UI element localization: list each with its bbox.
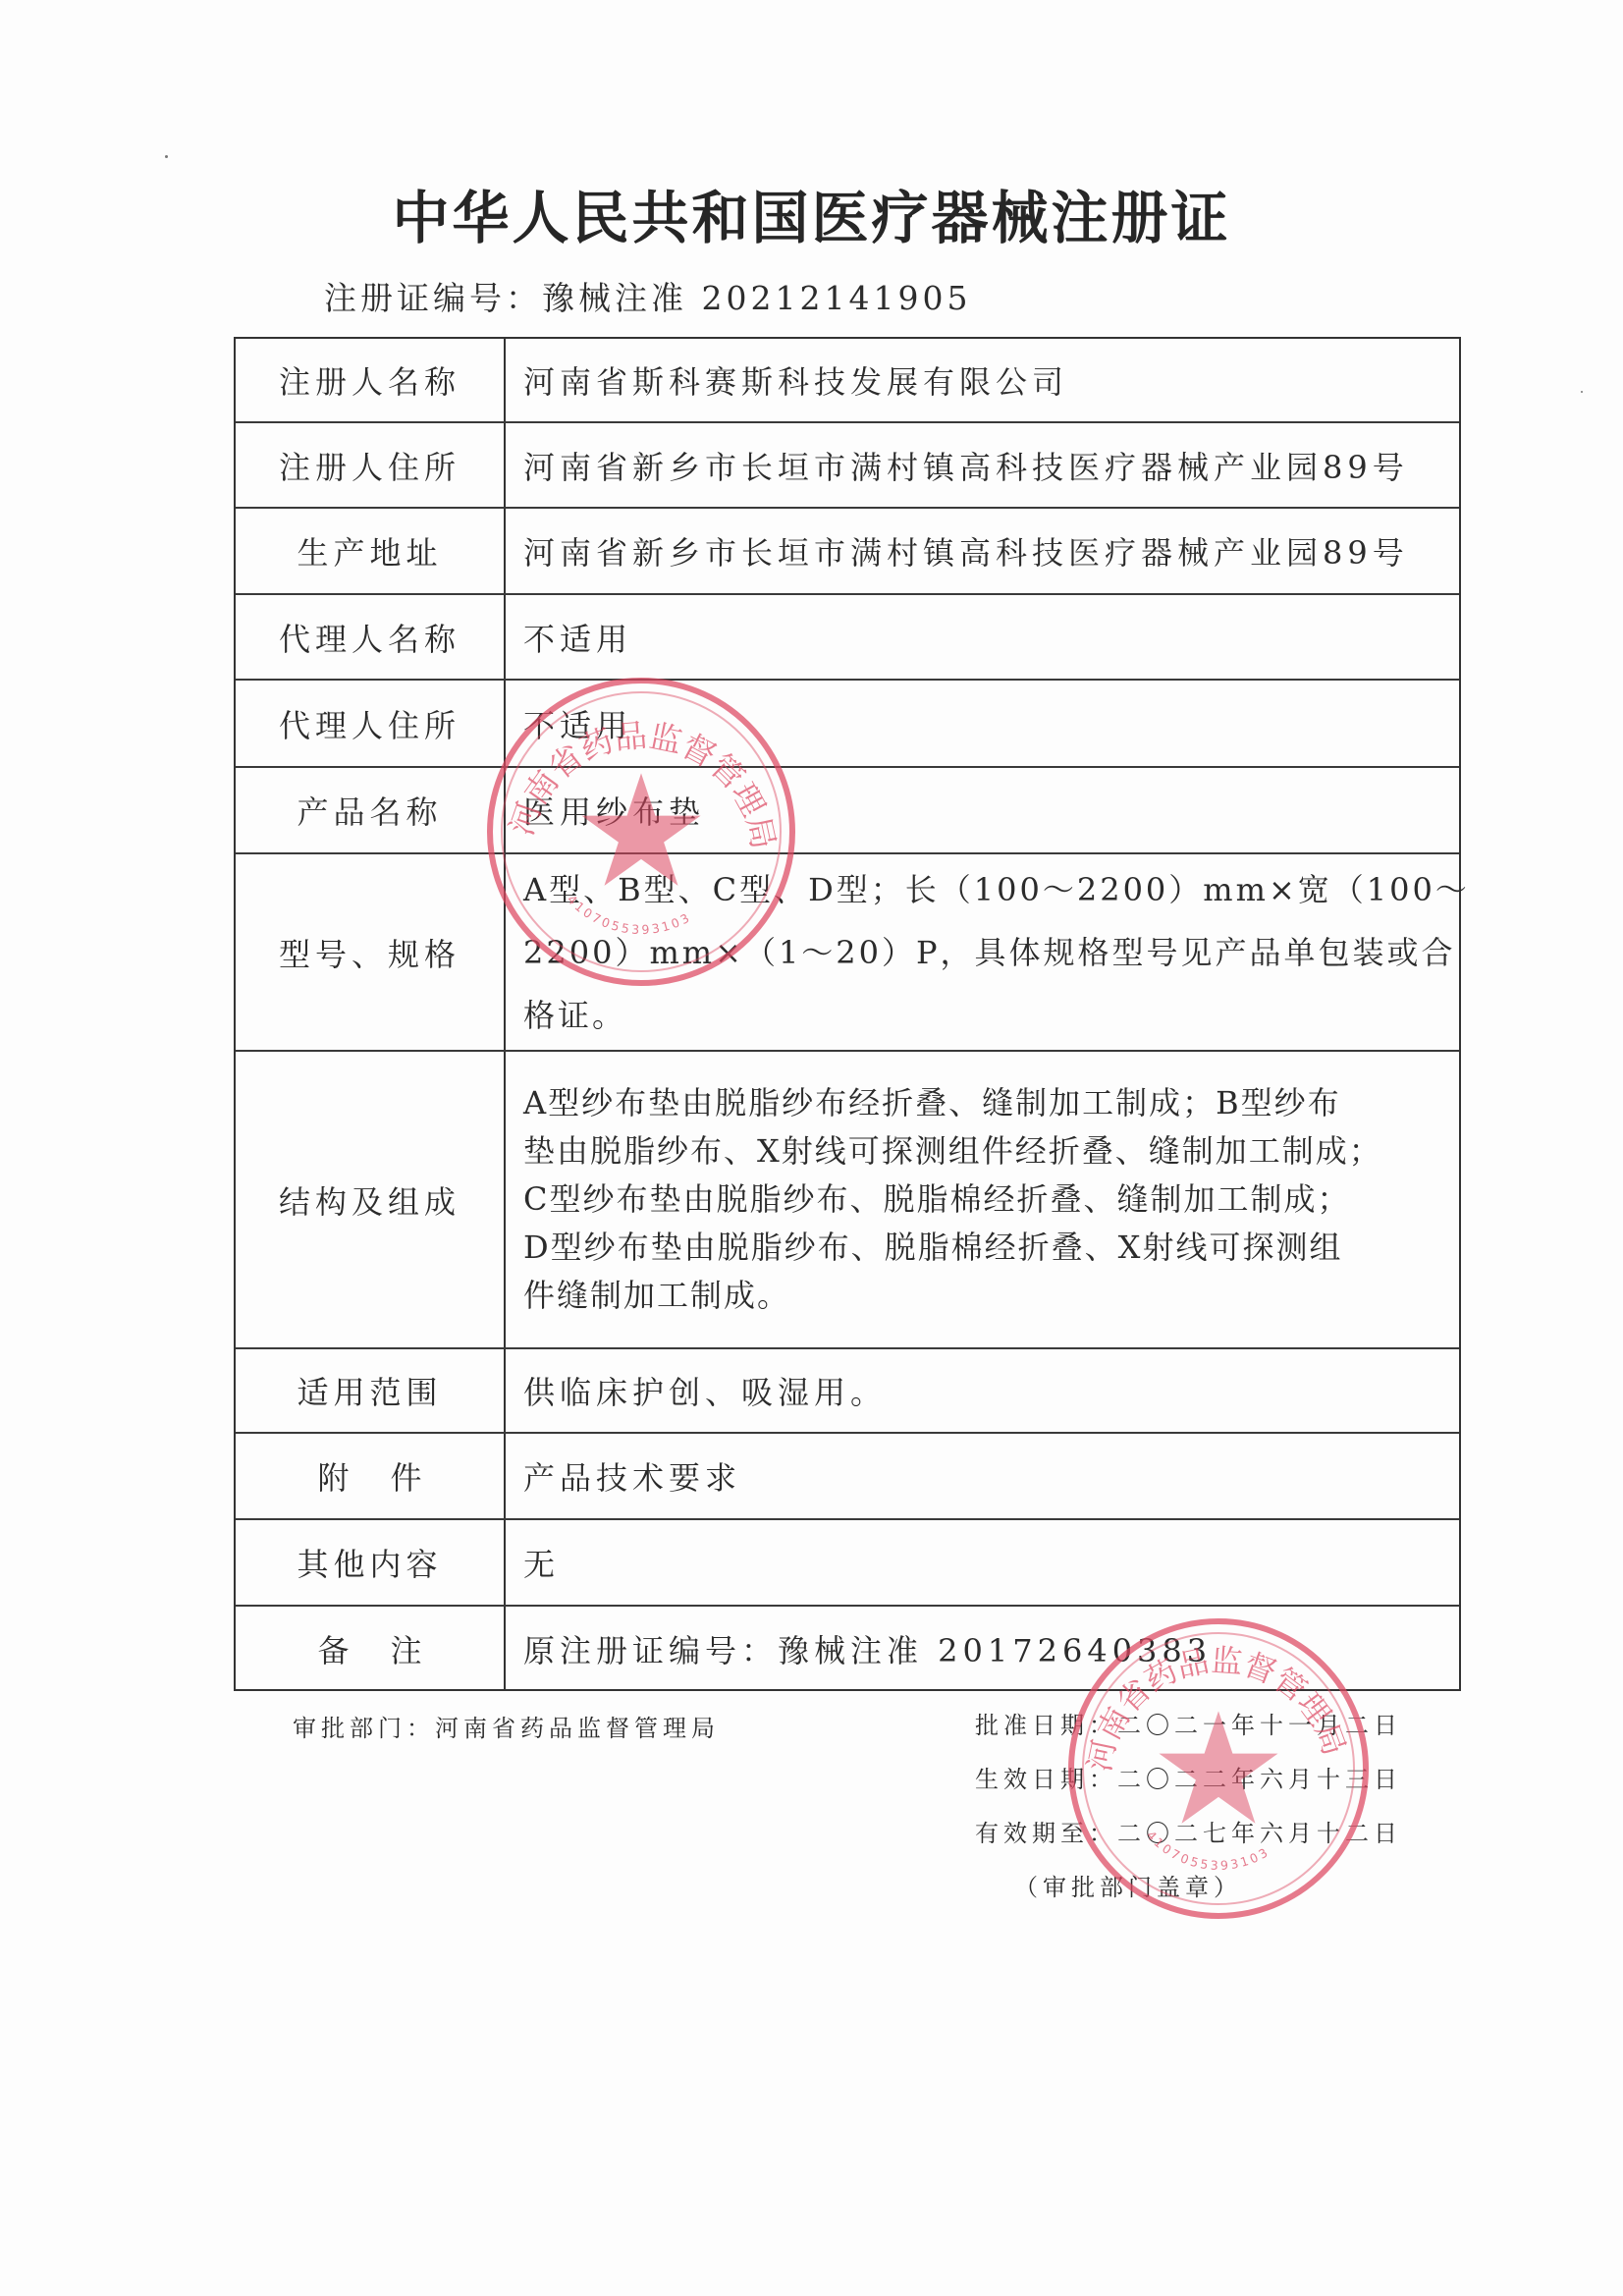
value-line: 医用纱布垫: [523, 788, 1447, 833]
value-line: 供临床护创、吸湿用。: [523, 1368, 1447, 1413]
scan-speck: [165, 155, 168, 158]
value-line: 2200）mm×（1～20）P，具体规格型号见产品单包装或合: [523, 921, 1447, 984]
row-product-name: 产品名称 医用纱布垫: [236, 768, 1459, 854]
row-label: 结构及组成: [236, 1052, 506, 1347]
row-registrant-address: 注册人住所 河南省新乡市长垣市满村镇高科技医疗器械产业园89号: [236, 423, 1459, 509]
row-remarks: 备注 原注册证编号：豫械注准 20172640383: [236, 1607, 1459, 1691]
seal-note: （审批部门盖章）: [975, 1871, 1402, 1925]
value-line: 格证。: [523, 984, 1447, 1047]
row-value: 不适用: [506, 595, 1459, 679]
row-value: A型、B型、C型、D型；长（100～2200）mm×宽（100～ 2200）mm…: [506, 854, 1459, 1050]
row-value: 河南省新乡市长垣市满村镇高科技医疗器械产业园89号: [506, 509, 1459, 593]
value-line: 河南省新乡市长垣市满村镇高科技医疗器械产业园89号: [523, 443, 1447, 488]
row-scope-of-application: 适用范围 供临床护创、吸湿用。: [236, 1349, 1459, 1434]
value-line: 件缝制加工制成。: [523, 1272, 1447, 1320]
row-structure-composition: 结构及组成 A型纱布垫由脱脂纱布经折叠、缝制加工制成；B型纱布 垫由脱脂纱布、X…: [236, 1052, 1459, 1349]
value-line: C型纱布垫由脱脂纱布、脱脂棉经折叠、缝制加工制成；: [523, 1175, 1447, 1224]
row-label: 生产地址: [236, 509, 506, 593]
value-line: 无: [523, 1540, 1447, 1585]
row-value: 供临床护创、吸湿用。: [506, 1349, 1459, 1432]
value-line: 河南省新乡市长垣市满村镇高科技医疗器械产业园89号: [523, 528, 1447, 574]
row-production-address: 生产地址 河南省新乡市长垣市满村镇高科技医疗器械产业园89号: [236, 509, 1459, 595]
value-line: 产品技术要求: [523, 1453, 1447, 1499]
value-line: 河南省斯科赛斯科技发展有限公司: [523, 357, 1447, 403]
row-label: 注册人名称: [236, 339, 506, 421]
row-agent-address: 代理人住所 不适用: [236, 681, 1459, 768]
certificate-table: 注册人名称 河南省斯科赛斯科技发展有限公司 注册人住所 河南省新乡市长垣市满村镇…: [234, 337, 1461, 1691]
row-value: 医用纱布垫: [506, 768, 1459, 852]
registration-number-label: 注册证编号：: [324, 279, 542, 317]
row-label: 附件: [236, 1434, 506, 1518]
row-label: 代理人住所: [236, 681, 506, 766]
value-line: D型纱布垫由脱脂纱布、脱脂棉经折叠、X射线可探测组: [523, 1224, 1447, 1272]
row-value: 不适用: [506, 681, 1459, 766]
value-line: 不适用: [523, 615, 1447, 660]
footer-dates: 批准日期：二〇二一年十一月二日 生效日期：二〇二二年六月十三日 有效期至：二〇二…: [975, 1709, 1402, 1925]
row-other-content: 其他内容 无: [236, 1520, 1459, 1607]
approval-department: 审批部门：河南省药品监督管理局: [293, 1709, 720, 1743]
row-label: 代理人名称: [236, 595, 506, 679]
effective-date: 生效日期：二〇二二年六月十三日: [975, 1763, 1402, 1817]
row-model-spec: 型号、规格 A型、B型、C型、D型；长（100～2200）mm×宽（100～ 2…: [236, 854, 1459, 1052]
row-value: 河南省斯科赛斯科技发展有限公司: [506, 339, 1459, 421]
value-line: 原注册证编号：豫械注准 20172640383: [523, 1626, 1447, 1671]
row-label: 适用范围: [236, 1349, 506, 1432]
approval-date: 批准日期：二〇二一年十一月二日: [975, 1709, 1402, 1763]
value-line: 不适用: [523, 701, 1447, 746]
valid-until-date: 有效期至：二〇二七年六月十二日: [975, 1817, 1402, 1871]
row-label: 备注: [236, 1607, 506, 1691]
scan-speck: [1581, 391, 1583, 393]
certificate-title: 中华人民共和国医疗器械注册证: [0, 183, 1623, 253]
row-agent-name: 代理人名称 不适用: [236, 595, 1459, 681]
row-value: 河南省新乡市长垣市满村镇高科技医疗器械产业园89号: [506, 423, 1459, 507]
row-registrant-name: 注册人名称 河南省斯科赛斯科技发展有限公司: [236, 339, 1459, 423]
row-label: 注册人住所: [236, 423, 506, 507]
row-attachment: 附件 产品技术要求: [236, 1434, 1459, 1520]
row-value: 产品技术要求: [506, 1434, 1459, 1518]
registration-number-line: 注册证编号：豫械注准 20212141905: [324, 275, 971, 322]
row-label: 型号、规格: [236, 854, 506, 1050]
row-label: 产品名称: [236, 768, 506, 852]
value-line: A型纱布垫由脱脂纱布经折叠、缝制加工制成；B型纱布: [523, 1079, 1447, 1127]
value-line: A型、B型、C型、D型；长（100～2200）mm×宽（100～: [523, 858, 1447, 921]
row-value: 无: [506, 1520, 1459, 1605]
row-label: 其他内容: [236, 1520, 506, 1605]
row-value: 原注册证编号：豫械注准 20172640383: [506, 1607, 1459, 1691]
row-value: A型纱布垫由脱脂纱布经折叠、缝制加工制成；B型纱布 垫由脱脂纱布、X射线可探测组…: [506, 1052, 1459, 1347]
registration-number-value: 豫械注准 20212141905: [542, 279, 971, 317]
value-line: 垫由脱脂纱布、X射线可探测组件经折叠、缝制加工制成；: [523, 1127, 1447, 1175]
